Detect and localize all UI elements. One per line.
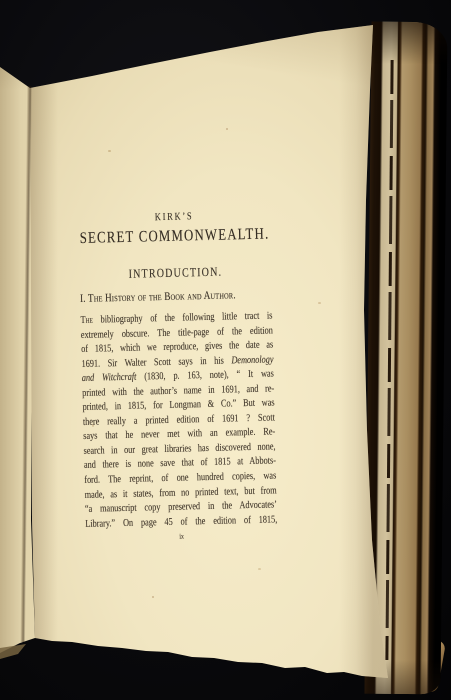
foxing-spot xyxy=(152,596,154,598)
foxing-spot xyxy=(108,150,111,152)
foxing-spot xyxy=(226,128,228,130)
section-title: INTRODUCTION. xyxy=(79,264,271,282)
body-text: The bibliography of the following little… xyxy=(80,309,277,532)
chapter-heading: I. The History of the Book and Author. xyxy=(80,288,272,305)
printed-text: KIRK’S SECRET COMMONWEALTH. INTRODUCTION… xyxy=(78,209,278,543)
foxing-spot xyxy=(318,302,321,304)
foxing-spot xyxy=(258,568,261,570)
book-photo: KIRK’S SECRET COMMONWEALTH. INTRODUCTION… xyxy=(0,0,451,700)
book-subtitle: SECRET COMMONWEALTH. xyxy=(78,225,270,247)
